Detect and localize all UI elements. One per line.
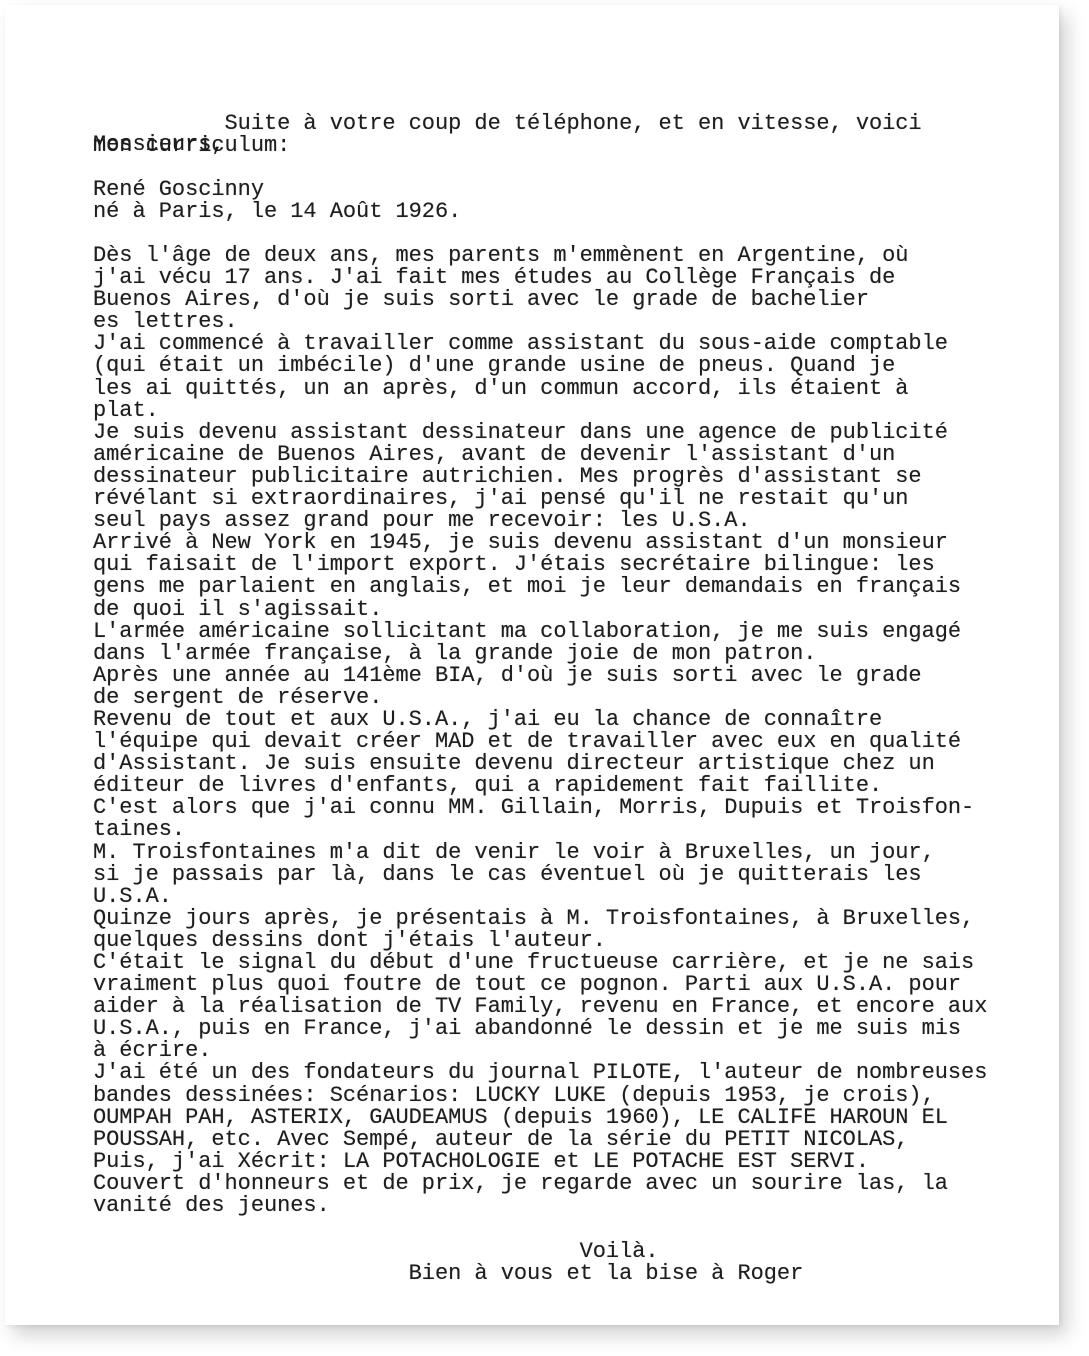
body-line: éditeur de livres d'enfants, qui a rapid… bbox=[93, 775, 987, 797]
letter-page: Messieurs, Suite à votre coup de télépho… bbox=[5, 5, 1059, 1325]
body-line: quelques dessins dont j'étais l'auteur. bbox=[93, 930, 987, 952]
identity-block: René Goscinnyné à Paris, le 14 Août 1926… bbox=[93, 179, 461, 223]
body-line: gens me parlaient en anglais, et moi je … bbox=[93, 576, 987, 598]
body-line: seul pays assez grand pour me recevoir: … bbox=[93, 510, 987, 532]
body-line: POUSSAH, etc. Avec Sempé, auteur de la s… bbox=[93, 1129, 987, 1151]
body-line: de quoi il s'agissait. bbox=[93, 599, 987, 621]
closing-line: Bien à vous et la bise à Roger bbox=[93, 1263, 803, 1285]
body-line: à écrire. bbox=[93, 1040, 987, 1062]
body-line: révélant si extraordinaires, j'ai pensé … bbox=[93, 488, 987, 510]
body-line: J'ai commencé à travailler comme assista… bbox=[93, 333, 987, 355]
body-line: l'équipe qui devait créer MAD et de trav… bbox=[93, 731, 987, 753]
body-line: U.S.A., puis en France, j'ai abandonné l… bbox=[93, 1018, 987, 1040]
body-line: vanité des jeunes. bbox=[93, 1195, 987, 1217]
body-line: dans l'armée française, à la grande joie… bbox=[93, 643, 987, 665]
identity-line: René Goscinny bbox=[93, 179, 461, 201]
body-line: les ai quittés, un an après, d'un commun… bbox=[93, 378, 987, 400]
body-line: Puis, j'ai Xécrit: LA POTACHOLOGIE et LE… bbox=[93, 1151, 987, 1173]
body-line: M. Troisfontaines m'a dit de venir le vo… bbox=[93, 842, 987, 864]
body-line: de sergent de réserve. bbox=[93, 687, 987, 709]
identity-line: né à Paris, le 14 Août 1926. bbox=[93, 201, 461, 223]
body-line: Dès l'âge de deux ans, mes parents m'emm… bbox=[93, 245, 987, 267]
body-line: Quinze jours après, je présentais à M. T… bbox=[93, 908, 987, 930]
body-line: (qui était un imbécile) d'une grande usi… bbox=[93, 355, 987, 377]
body-line: Après une année au 141ème BIA, d'où je s… bbox=[93, 665, 987, 687]
body-line: si je passais par là, dans le cas éventu… bbox=[93, 864, 987, 886]
body-line: OUMPAH PAH, ASTERIX, GAUDEAMUS (depuis 1… bbox=[93, 1107, 987, 1129]
intro-line: mon curriculum: bbox=[93, 135, 922, 157]
closing-signoff: Voilà. Bien à vous et la bise à Roger bbox=[93, 1241, 803, 1285]
body-line: C'est alors que j'ai connu MM. Gillain, … bbox=[93, 797, 987, 819]
body-line: taines. bbox=[93, 819, 987, 841]
body-line: Je suis devenu assistant dessinateur dan… bbox=[93, 422, 987, 444]
body-line: j'ai vécu 17 ans. J'ai fait mes études a… bbox=[93, 267, 987, 289]
curriculum-body: Dès l'âge de deux ans, mes parents m'emm… bbox=[93, 245, 987, 1217]
body-line: L'armée américaine sollicitant ma collab… bbox=[93, 621, 987, 643]
body-line: J'ai été un des fondateurs du journal PI… bbox=[93, 1062, 987, 1084]
body-line: américaine de Buenos Aires, avant de dev… bbox=[93, 444, 987, 466]
body-line: qui faisait de l'import export. J'étais … bbox=[93, 554, 987, 576]
body-line: Revenu de tout et aux U.S.A., j'ai eu la… bbox=[93, 709, 987, 731]
body-line: dessinateur publicitaire autrichien. Mes… bbox=[93, 466, 987, 488]
body-line: Couvert d'honneurs et de prix, je regard… bbox=[93, 1173, 987, 1195]
body-line: U.S.A. bbox=[93, 886, 987, 908]
body-line: bandes dessinées: Scénarios: LUCKY LUKE … bbox=[93, 1085, 987, 1107]
body-line: plat. bbox=[93, 400, 987, 422]
body-line: Buenos Aires, d'où je suis sorti avec le… bbox=[93, 289, 987, 311]
body-line: vraiment plus quoi foutre de tout ce pog… bbox=[93, 974, 987, 996]
body-line: Arrivé à New York en 1945, je suis deven… bbox=[93, 532, 987, 554]
intro-line: Suite à votre coup de téléphone, et en v… bbox=[93, 113, 922, 135]
body-line: C'était le signal du début d'une fructue… bbox=[93, 952, 987, 974]
body-line: es lettres. bbox=[93, 311, 987, 333]
body-line: aider à la réalisation de TV Family, rev… bbox=[93, 996, 987, 1018]
closing-line: Voilà. bbox=[93, 1241, 803, 1263]
body-line: d'Assistant. Je suis ensuite devenu dire… bbox=[93, 753, 987, 775]
intro-paragraph: Suite à votre coup de téléphone, et en v… bbox=[93, 113, 922, 157]
